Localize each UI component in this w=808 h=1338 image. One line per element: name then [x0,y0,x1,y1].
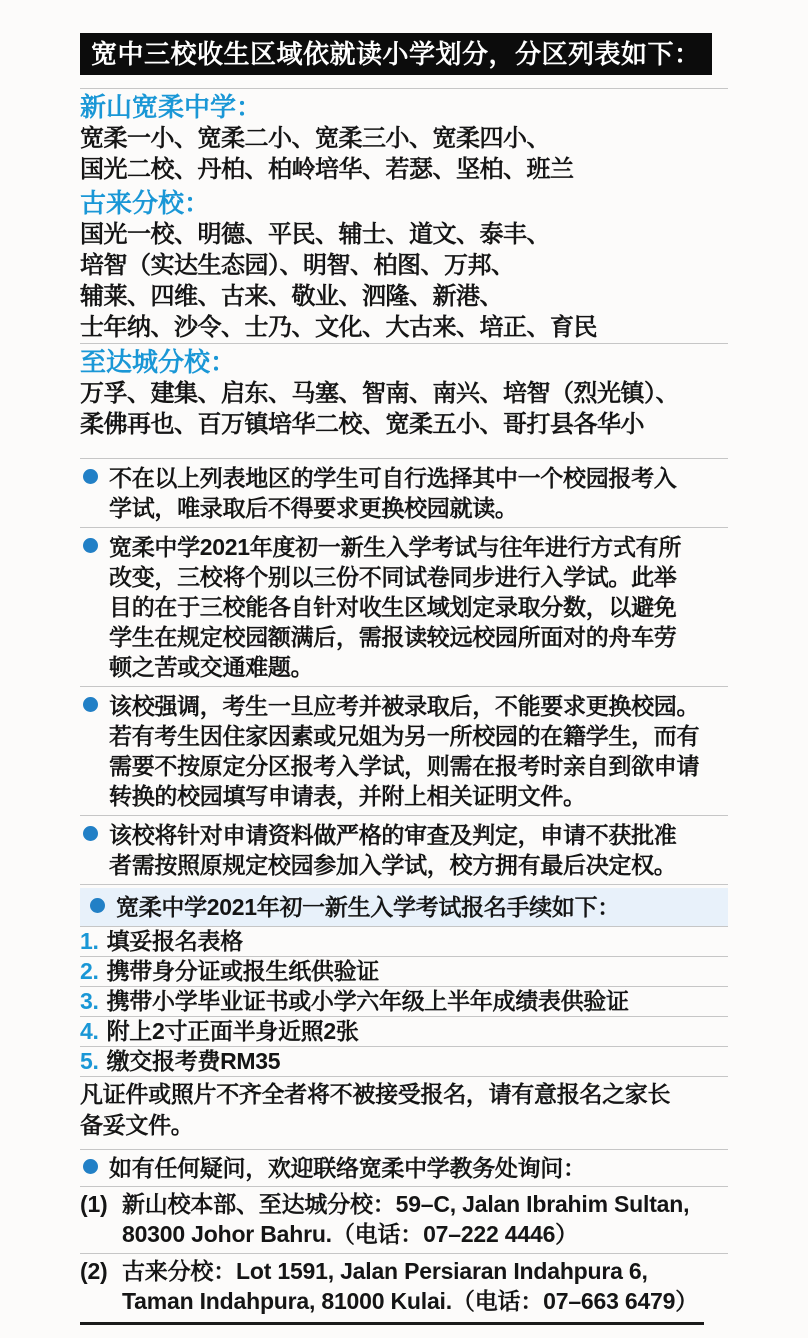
step-text: 携带小学毕业证书或小学六年级上半年成绩表供验证 [107,988,629,1014]
spacer [80,440,728,458]
step-number: 2. [80,958,99,984]
district-schools: 万孚、建集、启东、马塞、智南、南兴、培智（烈光镇）、 柔佛再也、百万镇培华二校、… [80,378,728,440]
contact-heading-row: 如有任何疑问，欢迎联络宽柔中学教务处询问： [80,1150,728,1187]
bullet-icon [83,469,98,484]
newspaper-clipping: 宽中三校收生区域依就读小学划分，分区列表如下： 新山宽柔中学： 宽柔一小、宽柔二… [0,0,808,1338]
note-text: 宽柔中学2021年度初一新生入学考试与往年进行方式有所 改变，三校将个别以三份不… [109,532,681,682]
page-title: 宽中三校收生区域依就读小学划分，分区列表如下： [80,33,712,75]
step-text: 填妥报名表格 [107,928,243,954]
divider [80,88,728,89]
notes-list: 不在以上列表地区的学生可自行选择其中一个校园报考入 学试，唯录取后不得要求更换校… [80,458,728,885]
procedure-heading-row: 宽柔中学2021年初一新生入学考试报名手续如下： [80,888,728,926]
bottom-rule [80,1322,704,1325]
district-name: 至达城分校： [80,347,728,378]
step-text: 携带身分证或报生纸供验证 [107,958,379,984]
district-schools: 宽柔一小、宽柔二小、宽柔三小、宽柔四小、 国光二校、丹柏、柏岭培华、若瑟、坚柏、… [80,123,728,185]
procedure-heading: 宽柔中学2021年初一新生入学考试报名手续如下： [116,892,620,922]
district-schools: 国光一校、明德、平民、辅士、道文、泰丰、 培智（实达生态园）、明智、柏图、万邦、… [80,219,728,343]
warning-text: 凡证件或照片不齐全者将不被接受报名，请有意报名之家长 备妥文件。 [80,1079,728,1141]
bullet-icon [83,826,98,841]
content-column: 宽中三校收生区域依就读小学划分，分区列表如下： 新山宽柔中学： 宽柔一小、宽柔二… [80,33,728,1325]
contact-item-text: 古来分校：Lot 1591, Jalan Persiaran Indahpura… [122,1256,728,1316]
note-item: 该校强调，考生一旦应考并被录取后，不能要求更换校园。 若有考生因住家因素或兄姐为… [80,687,728,816]
step-item: 2.携带身分证或报生纸供验证 [80,957,728,987]
contact-section: 如有任何疑问，欢迎联络宽柔中学教务处询问： (1) 新山校本部、至达城分校：59… [80,1149,728,1320]
bullet-icon [83,538,98,553]
contact-item-number: (1) [80,1189,122,1249]
step-text: 缴交报考费RM35 [107,1048,281,1074]
bullet-icon [90,898,105,913]
contact-item: (1) 新山校本部、至达城分校：59–C, Jalan Ibrahim Sult… [80,1187,728,1254]
district-name: 古来分校： [80,188,728,219]
procedure-steps-list: 1.填妥报名表格 2.携带身分证或报生纸供验证 3.携带小学毕业证书或小学六年级… [80,926,728,1077]
step-item: 3.携带小学毕业证书或小学六年级上半年成绩表供验证 [80,987,728,1017]
bullet-icon [83,1159,98,1174]
contact-item-number: (2) [80,1256,122,1316]
step-number: 4. [80,1018,99,1044]
step-text: 附上2寸正面半身近照2张 [107,1018,359,1044]
note-item: 该校将针对申请资料做严格的审查及判定，申请不获批准 者需按照原规定校园参加入学试… [80,816,728,885]
divider [80,343,728,344]
step-number: 3. [80,988,99,1014]
step-item: 5.缴交报考费RM35 [80,1047,728,1077]
note-text: 该校将针对申请资料做严格的审查及判定，申请不获批准 者需按照原规定校园参加入学试… [109,820,677,880]
district-zhidacheng: 至达城分校： 万孚、建集、启东、马塞、智南、南兴、培智（烈光镇）、 柔佛再也、百… [80,347,728,440]
district-gulai: 古来分校： 国光一校、明德、平民、辅士、道文、泰丰、 培智（实达生态园）、明智、… [80,188,728,343]
contact-item-text: 新山校本部、至达城分校：59–C, Jalan Ibrahim Sultan, … [122,1189,728,1249]
note-item: 宽柔中学2021年度初一新生入学考试与往年进行方式有所 改变，三校将个别以三份不… [80,528,728,687]
contact-heading: 如有任何疑问，欢迎联络宽柔中学教务处询问： [109,1153,586,1183]
note-text: 该校强调，考生一旦应考并被录取后，不能要求更换校园。 若有考生因住家因素或兄姐为… [109,691,699,811]
bullet-icon [83,697,98,712]
contact-item: (2) 古来分校：Lot 1591, Jalan Persiaran Indah… [80,1254,728,1320]
note-text: 不在以上列表地区的学生可自行选择其中一个校园报考入 学试，唯录取后不得要求更换校… [109,463,677,523]
step-number: 5. [80,1048,99,1074]
district-name: 新山宽柔中学： [80,92,728,123]
note-item: 不在以上列表地区的学生可自行选择其中一个校园报考入 学试，唯录取后不得要求更换校… [80,459,728,528]
step-item: 1.填妥报名表格 [80,927,728,957]
district-xinshan: 新山宽柔中学： 宽柔一小、宽柔二小、宽柔三小、宽柔四小、 国光二校、丹柏、柏岭培… [80,92,728,185]
spacer [80,1141,728,1149]
step-item: 4.附上2寸正面半身近照2张 [80,1017,728,1047]
step-number: 1. [80,928,99,954]
